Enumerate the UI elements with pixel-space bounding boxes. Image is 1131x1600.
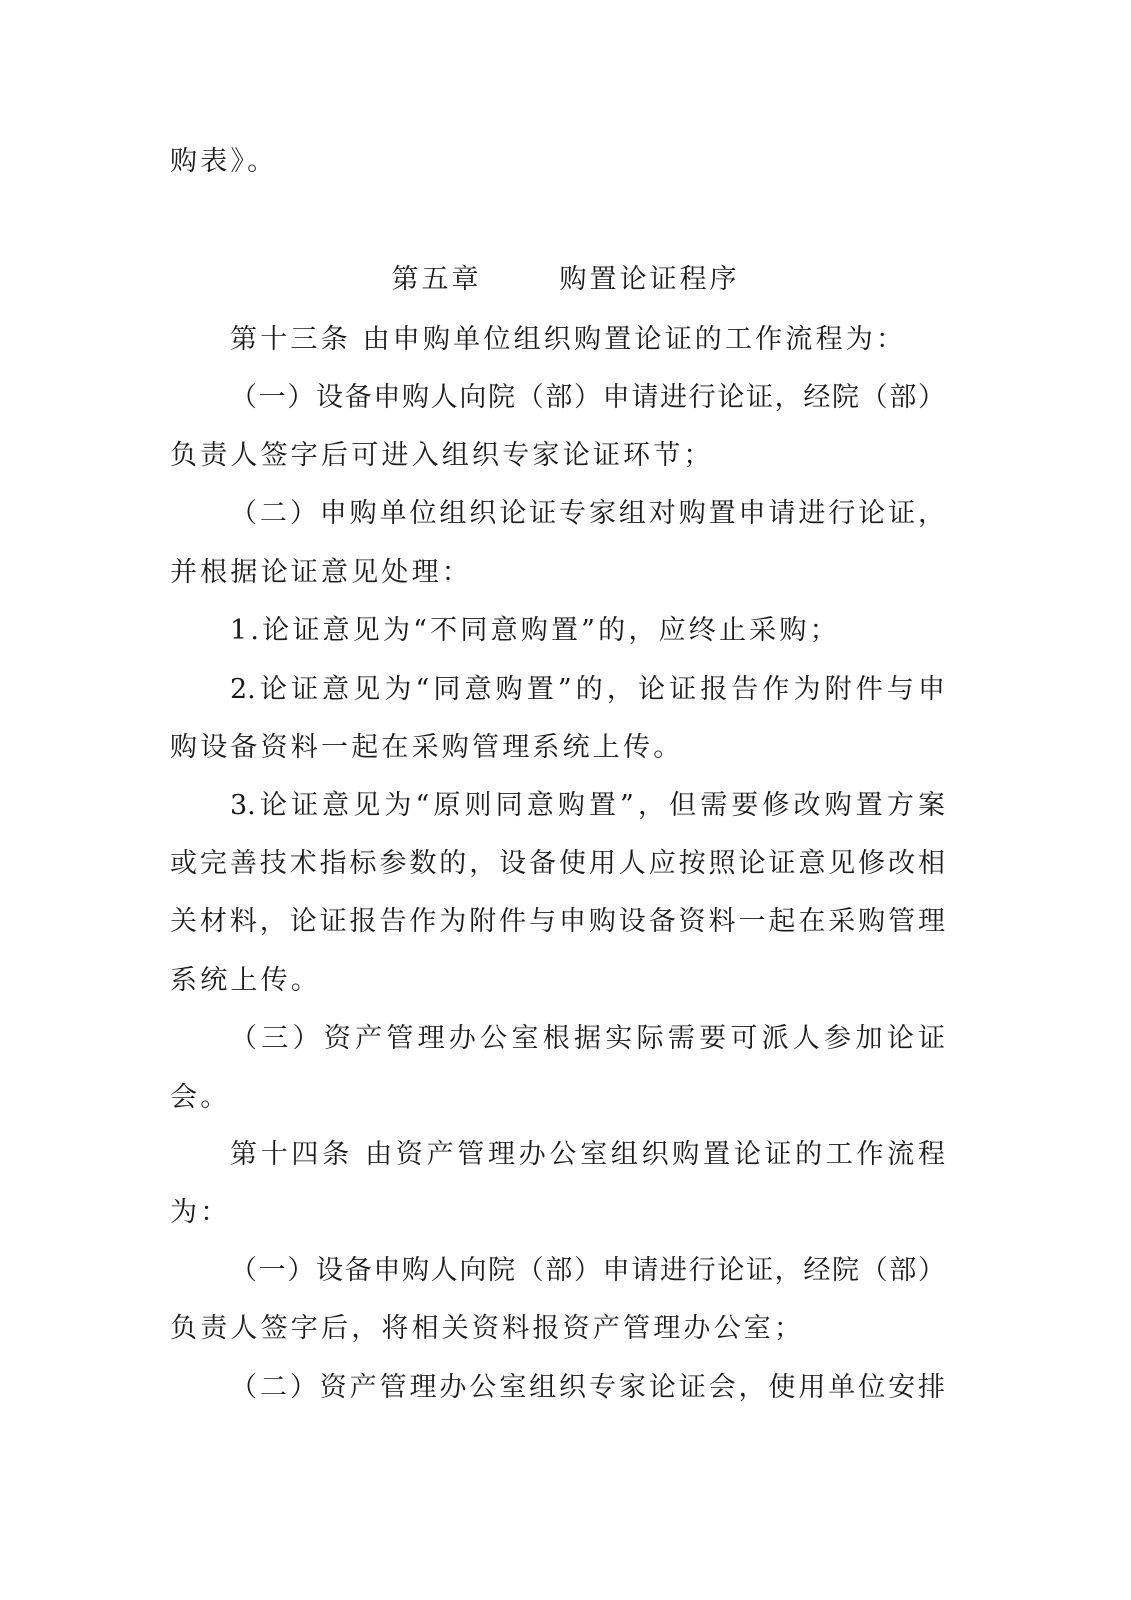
paragraph-line: （二）资产管理办公室组织专家论证会，使用单位安排 (230, 1368, 945, 1408)
paragraph-line: 1.论证意见为“不同意购置”的，应终止采购； (230, 611, 945, 651)
paragraph-line: 购设备资料一起在采购管理系统上传。 (170, 728, 945, 768)
paragraph-line: 第十三条 由申购单位组织购置论证的工作流程为： (230, 320, 945, 360)
paragraph-line: 并根据论证意见处理： (170, 553, 945, 593)
paragraph-line: 2.论证意见为“同意购置”的，论证报告作为附件与申 (230, 670, 945, 710)
paragraph-line: 3.论证意见为“原则同意购置”，但需要修改购置方案 (230, 786, 945, 826)
paragraph-line: （一）设备申购人向院（部）申请进行论证，经院（部） (230, 1251, 945, 1291)
paragraph-line: 第十四条 由资产管理办公室组织购置论证的工作流程 (230, 1135, 945, 1175)
paragraph-line: 会。 (170, 1078, 945, 1118)
carry-over-line: 购表》。 (170, 142, 945, 182)
document-page: 购表》。 第五章购置论证程序 第十三条 由申购单位组织购置论证的工作流程为：（一… (0, 0, 1131, 1600)
paragraph-line: 为： (170, 1193, 945, 1233)
paragraph-line: 负责人签字后，将相关资料报资产管理办公室； (170, 1309, 945, 1349)
paragraph-line: （三）资产管理办公室根据实际需要可派人参加论证 (230, 1019, 945, 1059)
chapter-number: 第五章 (392, 264, 482, 295)
paragraph-line: 关材料，论证报告作为附件与申购设备资料一起在采购管理 (170, 902, 945, 942)
paragraph-line: （二）申购单位组织论证专家组对购置申请进行论证， (230, 494, 945, 534)
chapter-title: 购置论证程序 (560, 264, 740, 295)
paragraph-line: （一）设备申购人向院（部）申请进行论证，经院（部） (230, 378, 945, 418)
chapter-heading: 第五章购置论证程序 (0, 260, 1131, 300)
paragraph-line: 或完善技术指标参数的，设备使用人应按照论证意见修改相 (170, 844, 945, 884)
paragraph-line: 负责人签字后可进入组织专家论证环节； (170, 436, 945, 476)
paragraph-line: 系统上传。 (170, 961, 945, 1001)
